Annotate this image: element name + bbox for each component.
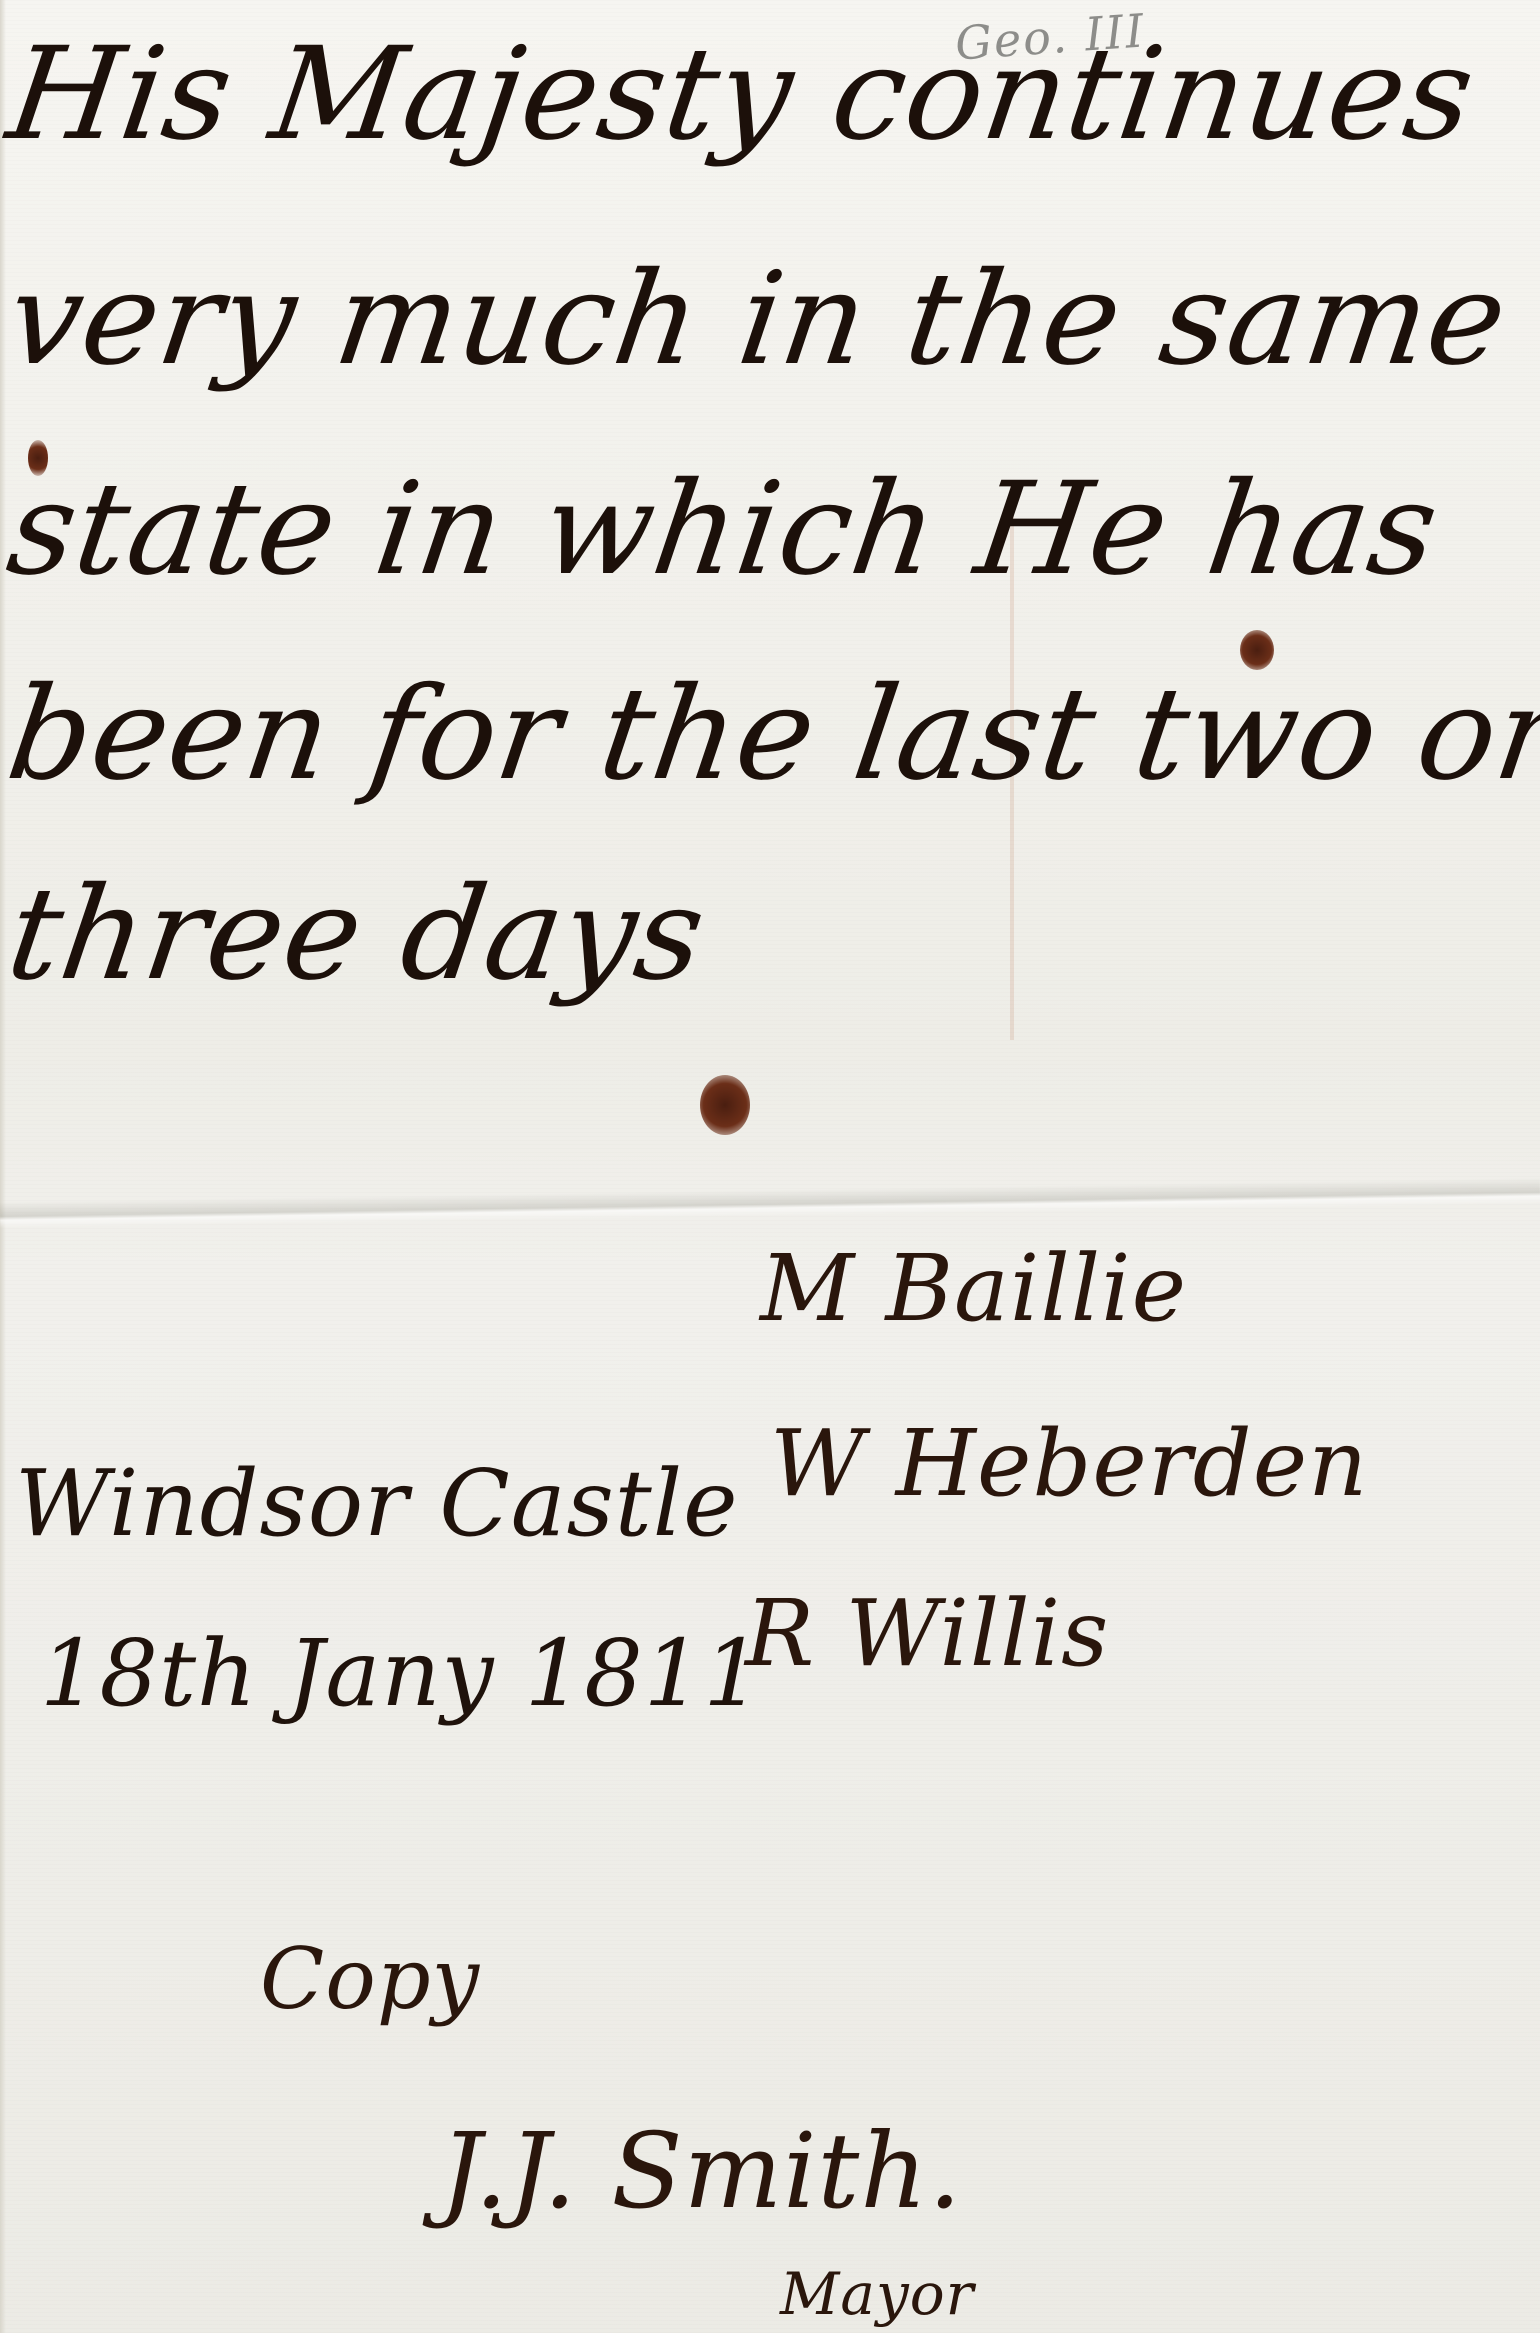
ink-blot [700,1075,750,1135]
bulletin-line-4: been for the last two or [0,660,1540,809]
bulletin-date: 18th Jany 1811 [40,1620,763,1727]
bulletin-line-3: state in which He has [0,455,1447,604]
attestation-signature: J.J. Smith. [440,2110,962,2232]
signature-heberden: W Heberden [770,1410,1368,1517]
paper-fold-crease [0,1178,1540,1228]
bulletin-line-1: His Majesty continues [0,20,1483,169]
signature-baillie: M Baillie [760,1235,1187,1342]
manuscript-page: Geo. III His Majesty continues very much… [0,0,1540,2333]
ink-blot [28,440,48,476]
attestation-title: Mayor [780,2260,974,2328]
bulletin-line-5: three days [0,860,714,1009]
signature-willis: R Willis [745,1580,1109,1687]
place-windsor-castle: Windsor Castle [15,1450,739,1557]
ink-blot [1240,630,1274,670]
copy-label: Copy [260,1930,480,2028]
bulletin-line-2: very much in the same [0,245,1516,394]
